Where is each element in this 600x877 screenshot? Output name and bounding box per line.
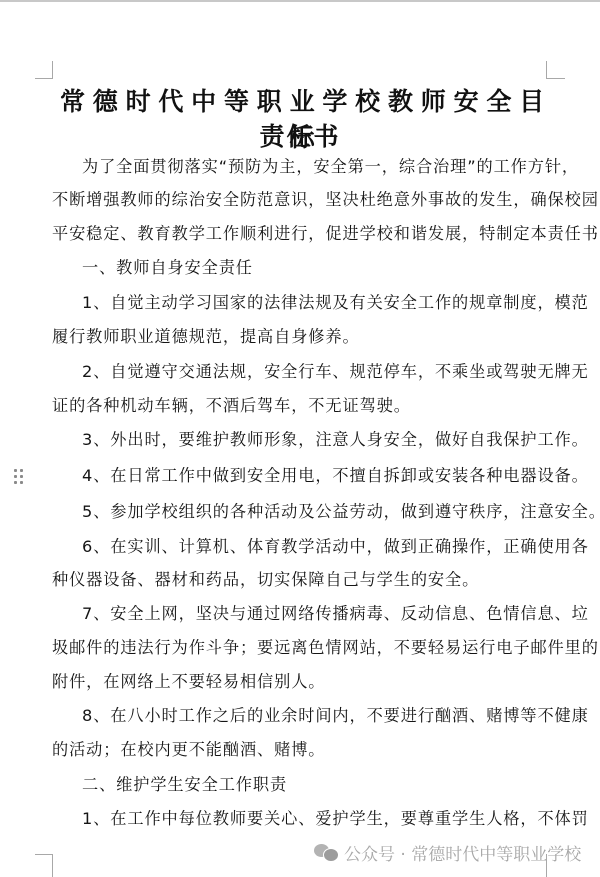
section-heading: 二、维护学生安全工作职责 xyxy=(82,775,582,795)
paragraph-line: 圾邮件的违法行为作斗争；要远离色情网站，不要轻易运行电子邮件里的 xyxy=(52,638,552,658)
paragraph-line: 不断增强教师的综治安全防范意识，坚决杜绝意外事故的发生，确保校园 xyxy=(52,190,552,210)
paragraph-line: 7、安全上网，坚决与通过网络传播病毒、反动信息、色情信息、垃 xyxy=(82,604,582,624)
top-border xyxy=(0,0,600,2)
paragraph-line: 6、在实训、计算机、体育教学活动中，做到正确操作，正确使用各 xyxy=(82,537,582,557)
margin-corner-top-left xyxy=(35,61,53,79)
paragraph-line: 2、自觉遵守交通法规，安全行车、规范停车，不乘坐或驾驶无牌无 xyxy=(82,362,582,382)
paragraph-line: 5、参加学校组织的各种活动及公益劳动，做到遵守秩序，注意安全。 xyxy=(82,502,582,522)
margin-corner-top-right xyxy=(546,61,565,79)
paragraph-line: 的活动；在校内更不能酗酒、赌博。 xyxy=(52,740,552,760)
watermark: 公众号 · 常德时代中等职业学校 xyxy=(314,841,581,863)
paragraph-line: 4、在日常工作中做到安全用电，不擅自拆卸或安装各种电器设备。 xyxy=(82,466,582,486)
paragraph-line: 为了全面贯彻落实“预防为主，安全第一，综合治理”的工作方针， xyxy=(82,157,582,177)
paragraph-line: 种仪器设备、器材和药品，切实保障自己与学生的安全。 xyxy=(52,570,552,590)
wechat-icon xyxy=(314,843,340,861)
paragraph-line: 1、在工作中每位教师要关心、爱护学生，要尊重学生人格，不体罚 xyxy=(82,809,582,829)
drag-handle-icon[interactable] xyxy=(14,469,24,484)
paragraph-line: 1、自觉主动学习国家的法律法规及有关安全工作的规章制度，模范 xyxy=(82,293,582,313)
watermark-text: 公众号 · 常德时代中等职业学校 xyxy=(344,840,581,865)
document-title-line-2: 责任书 xyxy=(40,117,560,153)
paragraph-line: 3、外出时，要维护教师形象，注意人身安全，做好自我保护工作。 xyxy=(82,430,582,450)
paragraph-line: 平安稳定、教育教学工作顺利进行，促进学校和谐发展，特制定本责任书： xyxy=(52,224,552,244)
paragraph-line: 8、在八小时工作之后的业余时间内，不要进行酗酒、赌博等不健康 xyxy=(82,706,582,726)
paragraph-line: 附件，在网络上不要轻易相信别人。 xyxy=(52,672,552,692)
section-heading: 一、教师自身安全责任 xyxy=(82,258,582,278)
paragraph-line: 履行教师职业道德规范，提高自身修养。 xyxy=(52,327,552,347)
margin-corner-bottom-left xyxy=(35,854,53,877)
paragraph-line: 证的各种机动车辆，不酒后驾车，不无证驾驶。 xyxy=(52,396,552,416)
